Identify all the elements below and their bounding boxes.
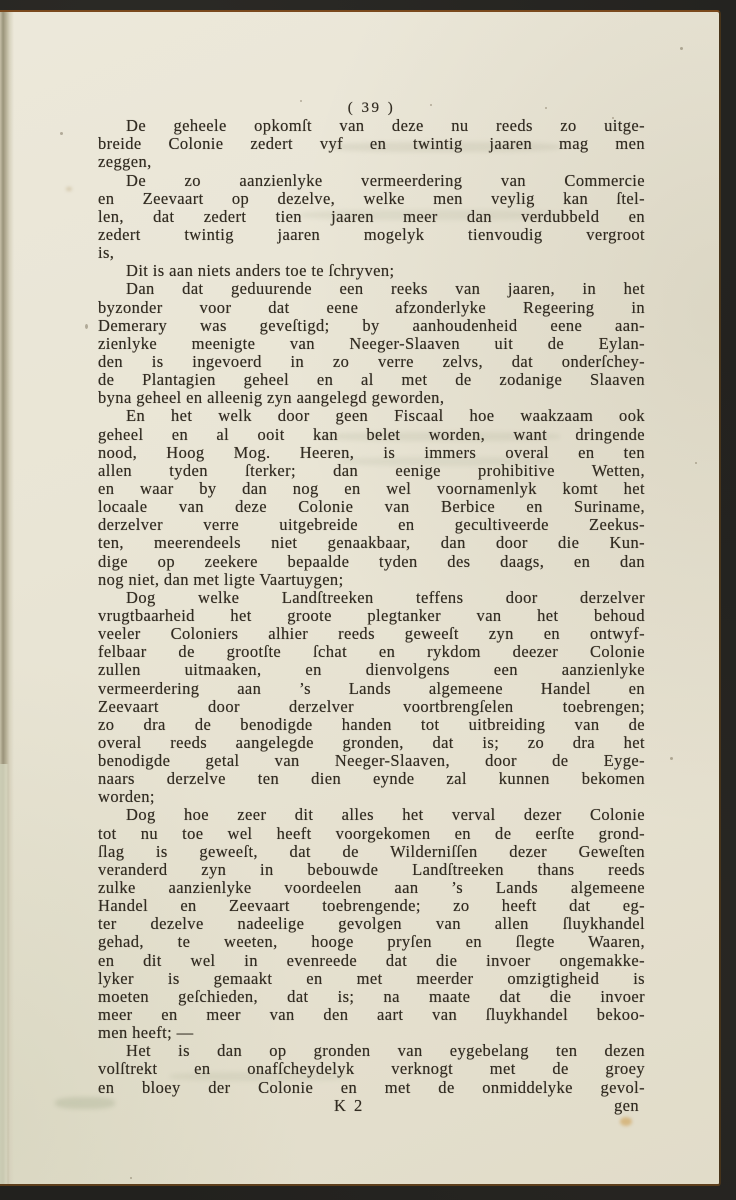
- paper-stain: [66, 187, 72, 191]
- text-line: byzonder voor dat eene afzonderlyke Rege…: [98, 299, 645, 317]
- paragraph: Het is dan op gronden van eygebelang ten…: [98, 1042, 645, 1096]
- text-line: veranderd zyn in bebouwde Landſtreeken t…: [98, 861, 645, 879]
- paper-speck: [85, 324, 88, 329]
- text-line: volſtrekt en onafſcheydelyk verknogt met…: [98, 1060, 645, 1078]
- text-line: dige op zeekere bepaalde tyden des daags…: [98, 553, 645, 571]
- text-line: geheel en al ooit kan belet worden, want…: [98, 426, 645, 444]
- text-line: Dog hoe zeer dit alles het verval dezer …: [98, 806, 645, 824]
- text-line: is,: [98, 244, 645, 262]
- paper-speck: [695, 462, 697, 464]
- paragraph: De zo aanzienlyke vermeerdering van Comm…: [98, 172, 645, 263]
- text-line: ter dezelve nadeelige gevolgen van allen…: [98, 915, 645, 933]
- text-line: naars derzelve ten dien eynde zal kunnen…: [98, 770, 645, 788]
- text-line: zienlyke meenigte van Neeger-Slaaven uit…: [98, 335, 645, 353]
- text-line: felbaar de grootſte ſchat en rykdom deez…: [98, 643, 645, 661]
- text-line: zedert twintig jaaren mogelyk tienvoudig…: [98, 226, 645, 244]
- text-line: moeten geſchieden, dat is; na maate dat …: [98, 988, 645, 1006]
- text-line: worden;: [98, 788, 645, 806]
- text-line: byna geheel en alleenig zyn aangelegd ge…: [98, 389, 645, 407]
- text-line: De geheele opkomſt van deze nu reeds zo …: [98, 117, 645, 135]
- text-line: en bloey der Colonie en met de onmiddely…: [98, 1079, 645, 1097]
- text-line: zo dra de benodigde handen tot uitbreidi…: [98, 716, 645, 734]
- text-line: en dit wel in evenreede dat die invoer o…: [98, 952, 645, 970]
- scan-background: { "page": { "header": { "page_number": "…: [0, 0, 736, 1200]
- text-line: Het is dan op gronden van eygebelang ten…: [98, 1042, 645, 1060]
- text-line: nood, Hoog Mog. Heeren, is immers overal…: [98, 444, 645, 462]
- text-line: Zeevaart door derzelver voortbrengſelen …: [98, 698, 645, 716]
- text-line: men heeft; —: [98, 1024, 645, 1042]
- text-line: vermeerdering aan ’s Lands algemeene Han…: [98, 680, 645, 698]
- paragraph: De geheele opkomſt van deze nu reeds zo …: [98, 117, 645, 171]
- paragraph: Dan dat geduurende een reeks van jaaren,…: [98, 280, 645, 407]
- text-line: len, dat zedert tien jaaren meer dan ver…: [98, 208, 645, 226]
- text-line: tot nu toe wel heeft voorgekomen en de e…: [98, 825, 645, 843]
- text-line: nog niet, dan met ligte Vaartuygen;: [98, 571, 645, 589]
- paragraph: Dog welke Landſtreeken teffens door derz…: [98, 589, 645, 807]
- paragraph: Dit is aan niets anders toe te ſchryven;: [98, 262, 645, 280]
- paper-speck: [130, 1177, 132, 1179]
- text-line: Dog welke Landſtreeken teffens door derz…: [98, 589, 645, 607]
- paper-speck: [60, 132, 63, 135]
- text-line: breide Colonie zedert vyf en twintig jaa…: [98, 135, 645, 153]
- text-line: ſlag is geweeſt, dat de Wilderniſſen dez…: [98, 843, 645, 861]
- text-line: overal reeds aangelegde gronden, dat is;…: [98, 734, 645, 752]
- catchword: gen: [614, 1097, 639, 1115]
- text-line: vrugtbaarheid het groote plegtanker van …: [98, 607, 645, 625]
- text-line: Handel en Zeevaart toebrengende; zo heef…: [98, 897, 645, 915]
- text-line: locaale van deze Colonie van Berbice en …: [98, 498, 645, 516]
- paragraph: En het welk door geen Fiscaal hoe waakza…: [98, 407, 645, 588]
- text-line: en waar by dan nog en wel voornamenlyk k…: [98, 480, 645, 498]
- text-line: den is ingevoerd in zo verre zelvs, dat …: [98, 353, 645, 371]
- text-line: meer en meer van den aart van ſluykhande…: [98, 1006, 645, 1024]
- text-line: zulke aanzienlyke voordeelen aan ’s Land…: [98, 879, 645, 897]
- text-line: allen tyden ſterker; dan eenige prohibit…: [98, 462, 645, 480]
- paper-stain: [620, 1117, 632, 1126]
- text-line: De zo aanzienlyke vermeerdering van Comm…: [98, 172, 645, 190]
- text-line: En het welk door geen Fiscaal hoe waakza…: [98, 407, 645, 425]
- text-line: lyker is gemaakt en met meerder omzigtig…: [98, 970, 645, 988]
- paragraph: Dog hoe zeer dit alles het verval dezer …: [98, 806, 645, 1042]
- text-line: de Plantagien geheel en al met de zodani…: [98, 371, 645, 389]
- text-line: ten, meerendeels niet genaakbaar, dan do…: [98, 534, 645, 552]
- text-line: gehad, te weeten, hooge pryſen en ſlegte…: [98, 933, 645, 951]
- text-line: zeggen,: [98, 153, 645, 171]
- paper-speck: [680, 47, 683, 50]
- page-number: ( 39 ): [98, 99, 645, 117]
- text-line: zullen uitmaaken, en dienvolgens een aan…: [98, 661, 645, 679]
- text-line: en Zeevaart op dezelve, welke men veylig…: [98, 190, 645, 208]
- text-line: Demerary was geveſtigd; by aanhoudenheid…: [98, 317, 645, 335]
- text-line: veeler Coloniers alhier reeds geweeſt zy…: [98, 625, 645, 643]
- text-line: benodigde getal van Neeger-Slaaven, door…: [98, 752, 645, 770]
- page-edge-strip: [0, 764, 9, 1184]
- paper-speck: [670, 757, 673, 760]
- footer-row: K 2 gen: [98, 1097, 645, 1115]
- text-line: Dan dat geduurende een reeks van jaaren,…: [98, 280, 645, 298]
- signature-mark: K 2: [334, 1097, 364, 1115]
- text-block: ( 39 ) De geheele opkomſt van deze nu re…: [98, 99, 645, 1115]
- text-line: derzelver verre uitgebreide en gecultive…: [98, 516, 645, 534]
- text-line: Dit is aan niets anders toe te ſchryven;: [98, 262, 645, 280]
- body-text: De geheele opkomſt van deze nu reeds zo …: [98, 117, 645, 1097]
